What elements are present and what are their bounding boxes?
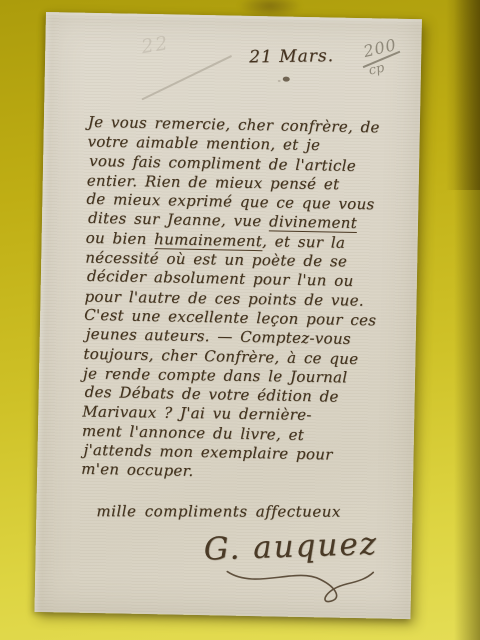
pencil-price-code: 200 cp [349, 35, 413, 80]
backdrop-corner-shadow [446, 0, 480, 190]
letter-body: Je vous remercie, cher confrère, de votr… [81, 113, 414, 486]
ink-speck [283, 77, 290, 82]
pencil-slash-mark [141, 55, 232, 100]
letter-signature: G. auquez [203, 526, 378, 568]
letter-closing: mille compliments affectueux [96, 502, 340, 520]
letter-paper: 22 21 Mars. 200 cp Je vous remercie, che… [34, 12, 421, 619]
line-text: , et sur la [262, 232, 345, 252]
photo-of-letter: 22 21 Mars. 200 cp Je vous remercie, che… [0, 0, 480, 640]
line-text: dites sur Jeanne, vue [88, 209, 269, 230]
underlined-word: humainement [154, 230, 262, 251]
pencil-inventory-mark: 22 [140, 32, 171, 58]
signature-flourish [225, 564, 376, 607]
line-text: ou bien [86, 229, 155, 248]
underlined-word: divinement [269, 213, 357, 234]
letter-date: 21 Mars. [249, 46, 334, 67]
